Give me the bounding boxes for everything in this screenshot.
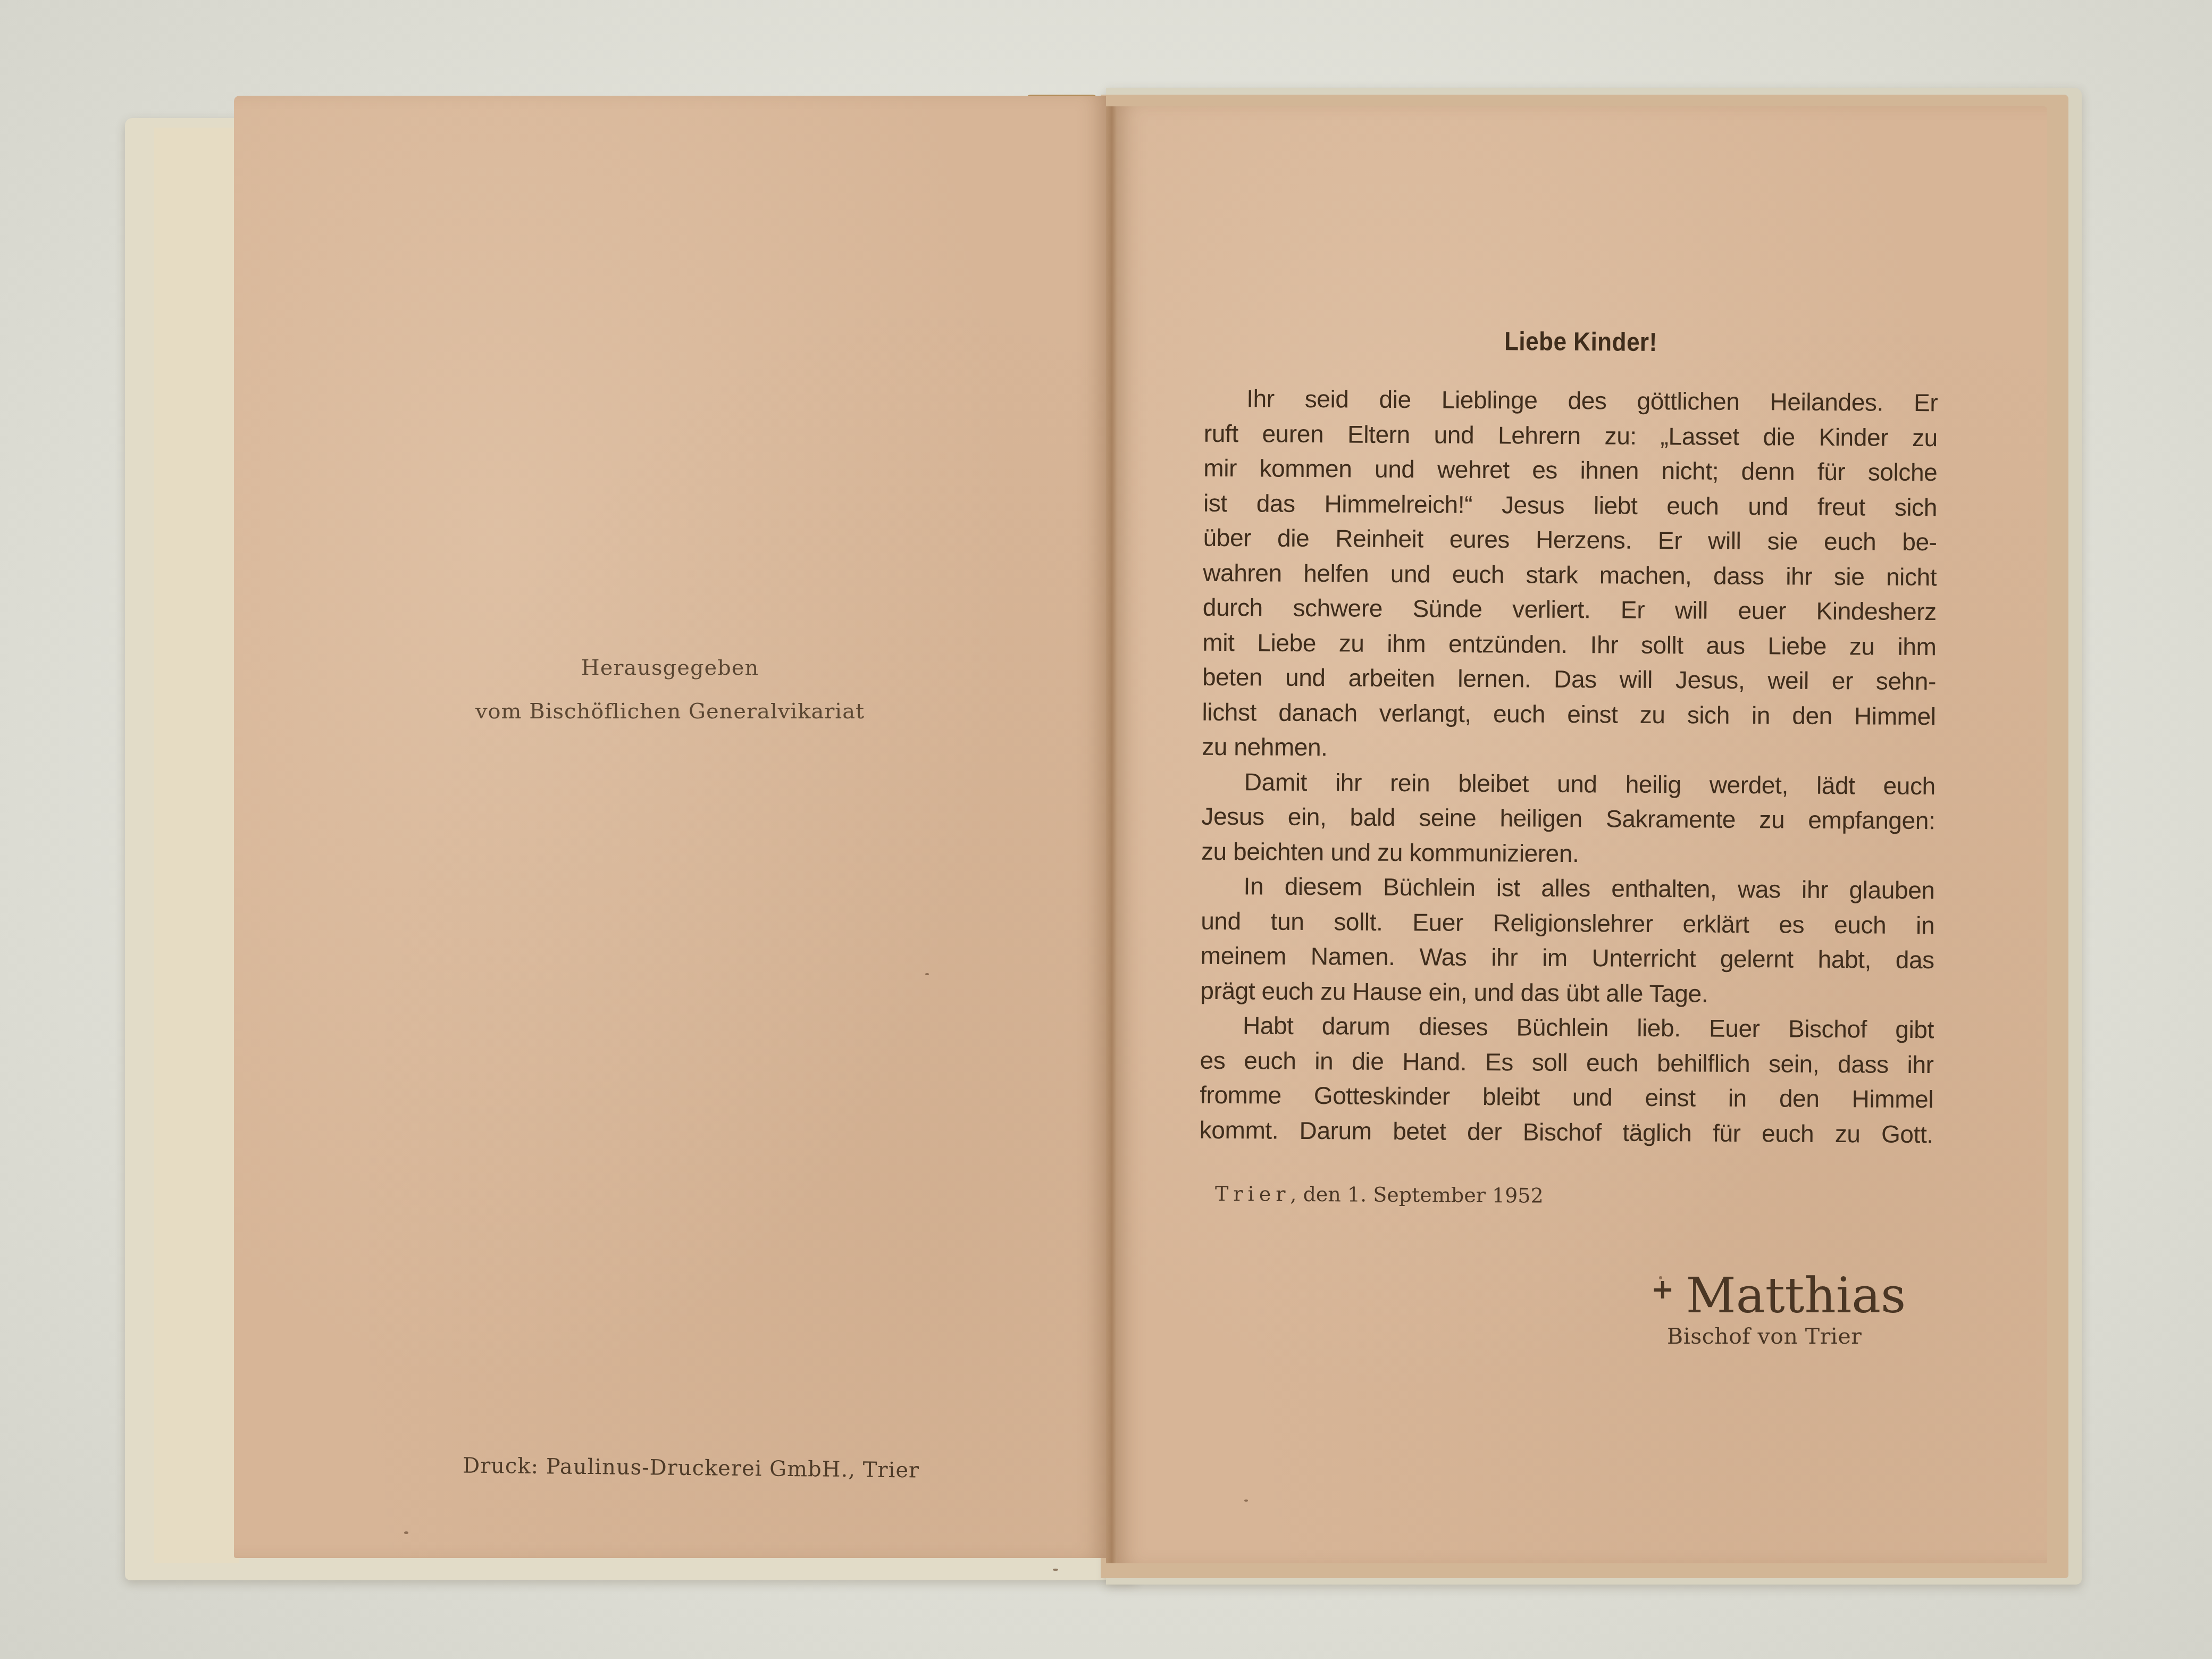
text-line: meinem Namen. Was ihr im Unterricht gele… <box>1201 939 1934 978</box>
letter-dateline: Trier, den 1. September 1952 <box>1215 1182 1933 1210</box>
bishop-signature: +Matthias Bischof von Trier <box>1651 1263 1906 1349</box>
publisher-line-1: Herausgegeben <box>234 646 1106 690</box>
signature-name-line: +Matthias <box>1651 1263 1906 1322</box>
letter-paragraph-1: Ihr seid die Lieblinge des göttlichen He… <box>1202 381 1938 769</box>
text-line: prägt euch zu Hause ein, und das übt all… <box>1200 973 1934 1012</box>
text-line: lichst danach verlangt, euch einst zu si… <box>1202 694 1935 734</box>
text-line: wahren helfen und euch stark machen, das… <box>1203 555 1937 594</box>
paper-speck <box>404 1531 408 1534</box>
episcopal-cross-icon: + <box>1651 1273 1674 1305</box>
text-line: ist das Himmelreich!“ Jesus liebt euch u… <box>1203 485 1937 525</box>
text-line: beten und arbeiten lernen. Das will Jesu… <box>1202 660 1936 699</box>
dateline-place: Trier <box>1215 1182 1291 1206</box>
paper-speck <box>1244 1499 1248 1502</box>
printer-credit: Druck: Paulinus-Druckerei GmbH., Trier <box>463 1454 920 1483</box>
text-line: In diesem Büchlein ist alles enthalten, … <box>1201 869 1934 908</box>
right-page: Liebe Kinder! Ihr seid die Lieblinge des… <box>1117 106 2047 1563</box>
signature-name: Matthias <box>1686 1267 1906 1324</box>
bishop-letter: Liebe Kinder! Ihr seid die Lieblinge des… <box>1199 325 1938 1210</box>
text-line: mir kommen und wehret es ihnen nicht; de… <box>1203 451 1937 490</box>
signature-title: Bischof von Trier <box>1667 1323 1906 1349</box>
letter-paragraph-2: Damit ihr rein bleibet und heilig werdet… <box>1201 764 1935 873</box>
paper-speck <box>1053 1569 1058 1571</box>
endpaper-left <box>154 128 239 1563</box>
text-line: Ihr seid die Lieblinge des göttlichen He… <box>1204 381 1938 421</box>
text-line: zu beichten und zu kommunizieren. <box>1201 834 1935 873</box>
text-line: ruft euren Eltern und Lehrern zu: „Lasse… <box>1204 416 1938 455</box>
book-gutter <box>1106 106 1118 1563</box>
paper-speck <box>1659 1276 1662 1279</box>
letter-greeting: Liebe Kinder! <box>1241 325 1901 359</box>
paper-speck <box>925 973 929 975</box>
publisher-imprint: Herausgegeben vom Bischöflichen Generalv… <box>234 646 1106 733</box>
text-line: Habt darum dieses Büchlein lieb. Euer Bi… <box>1200 1008 1934 1048</box>
dateline-date: , den 1. September 1952 <box>1290 1183 1544 1208</box>
text-line: über die Reinheit eures Herzens. Er will… <box>1203 521 1937 560</box>
left-page: Herausgegeben vom Bischöflichen Generalv… <box>234 96 1106 1558</box>
text-line: kommt. Darum betet der Bischof täglich f… <box>1200 1112 1933 1152</box>
text-line: durch schwere Sünde verliert. Er will eu… <box>1203 590 1937 630</box>
text-line: Jesus ein, bald seine heiligen Sakrament… <box>1201 799 1935 839</box>
text-line: fromme Gotteskinder bleibt und einst in … <box>1200 1078 1933 1117</box>
text-line: Damit ihr rein bleibet und heilig werdet… <box>1202 764 1935 803</box>
text-line: es euch in die Hand. Es soll euch behilf… <box>1200 1043 1933 1082</box>
text-line: und tun sollt. Euer Religionslehrer erkl… <box>1201 903 1934 943</box>
letter-paragraph-3: In diesem Büchlein ist alles enthalten, … <box>1200 869 1935 1012</box>
text-line: mit Liebe zu ihm entzünden. Ihr sollt au… <box>1202 625 1936 664</box>
text-line: zu nehmen. <box>1202 730 1935 769</box>
letter-paragraph-4: Habt darum dieses Büchlein lieb. Euer Bi… <box>1200 1008 1934 1152</box>
publisher-line-2: vom Bischöflichen Generalvikariat <box>234 690 1106 733</box>
